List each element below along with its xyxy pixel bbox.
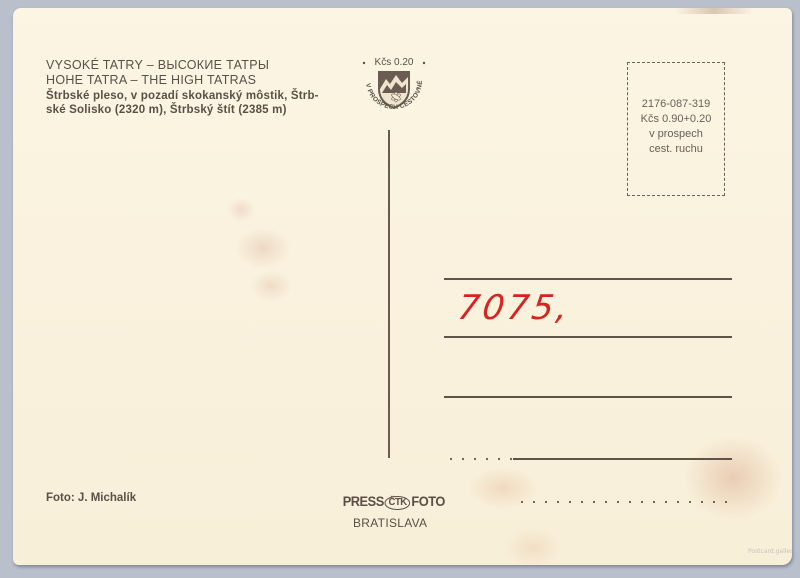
caption-description-1: Štrbské pleso, v pozadí skokanský môstik… <box>46 89 319 103</box>
address-line-1 <box>444 278 732 280</box>
stamp-note-1: v prospech <box>628 127 724 142</box>
publisher-logo: PRESSČTKFOTO <box>343 494 445 510</box>
stamp-code: 2176-087-319 <box>628 97 724 112</box>
emblem-price: Kčs 0.20 <box>375 57 414 68</box>
caption-title-sk-ru: VYSOKÉ TATRY – ВЫСОКИЕ ТАТРЫ <box>46 58 269 73</box>
tourism-emblem: Kčs 0.20 V PROSPECH CESTOVNÉHO RUCHU <box>356 53 432 123</box>
postal-code-dotted-line <box>516 501 734 503</box>
address-line-4 <box>513 458 732 460</box>
address-line-3 <box>444 396 732 398</box>
ctk-globe-icon: ČTK <box>385 496 411 510</box>
publisher-right: FOTO <box>411 494 445 509</box>
address-line-4-dots <box>445 458 513 460</box>
watermark: Postcard.gallery <box>748 548 792 555</box>
vertical-divider <box>388 130 390 458</box>
stamp-area: 2176-087-319 Kčs 0.90+0.20 v prospech ce… <box>627 62 725 196</box>
stamp-price: Kčs 0.90+0.20 <box>628 112 724 127</box>
caption-title-de-en: HOHE TATRA – THE HIGH TATRAS <box>46 73 256 88</box>
address-line-2 <box>444 336 732 338</box>
caption-description-2: ské Solisko (2320 m), Štrbský štít (2385… <box>46 103 287 117</box>
postcard-back: VYSOKÉ TATRY – ВЫСОКИЕ ТАТРЫ HOHE TATRA … <box>13 8 792 565</box>
stamp-note-2: cest. ruchu <box>628 142 724 157</box>
publisher-left: PRESS <box>343 494 384 509</box>
photo-credit: Foto: J. Michalík <box>46 492 136 504</box>
publisher-city: BRATISLAVA <box>353 516 427 530</box>
handwritten-number: 7075, <box>455 288 573 328</box>
mountain-edelweiss-shield-icon: Kčs 0.20 V PROSPECH CESTOVNÉHO RUCHU <box>356 53 432 123</box>
